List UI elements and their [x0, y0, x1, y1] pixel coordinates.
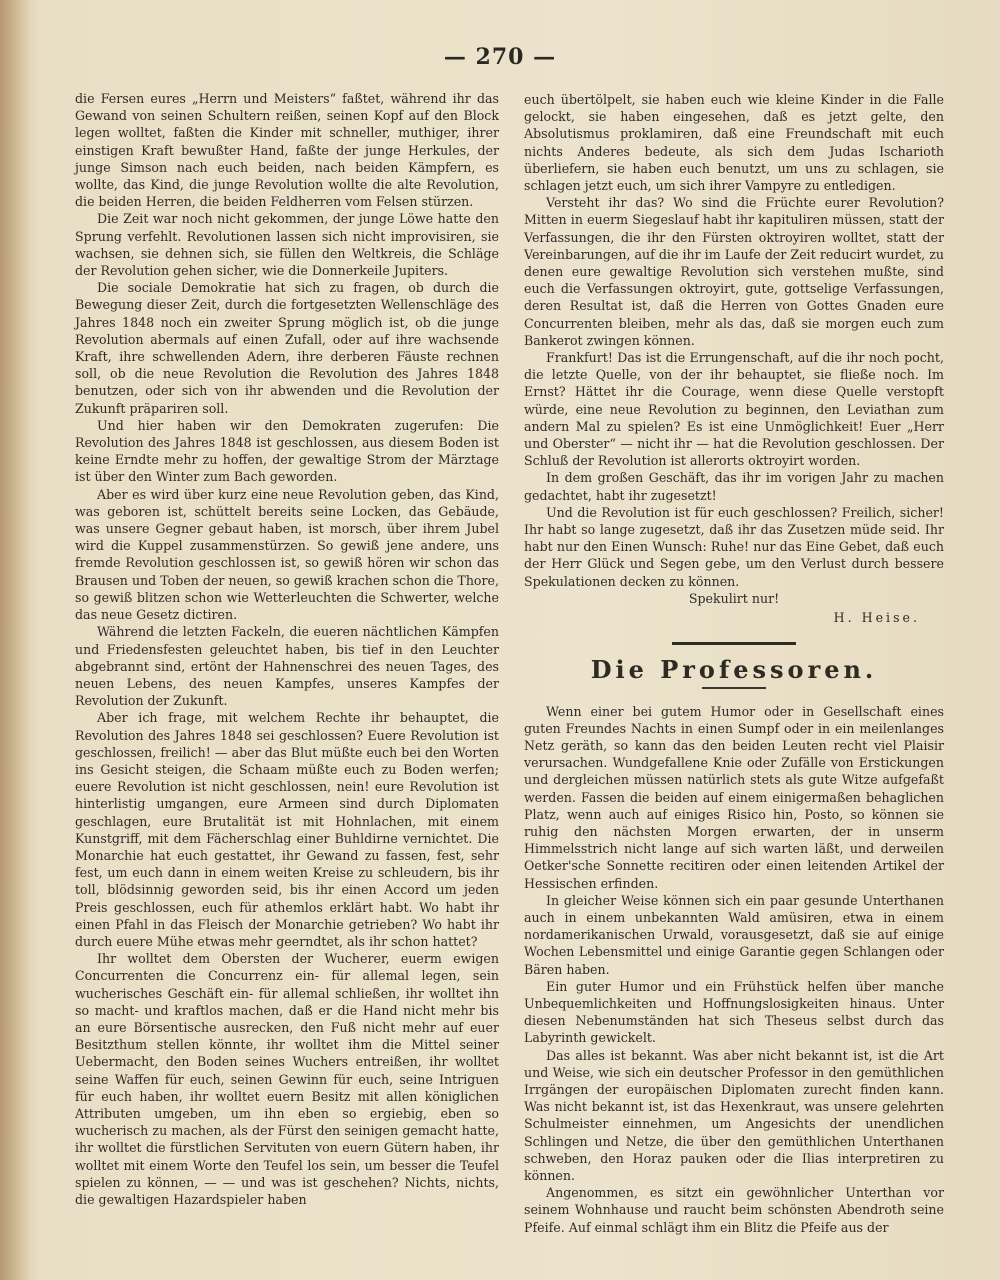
paragraph: Frankfurt! Das ist die Errungenschaft, a…	[524, 349, 944, 469]
paragraph: Das alles ist bekannt. Was aber nicht be…	[524, 1047, 944, 1185]
closing-line: Spekulirt nur!	[524, 590, 944, 607]
paragraph: In gleicher Weise können sich ein paar g…	[524, 892, 944, 978]
title-underline	[702, 687, 766, 689]
paragraph: Ihr wolltet dem Obersten der Wucherer, e…	[75, 950, 499, 1208]
paragraph: Wenn einer bei gutem Humor oder in Gesel…	[524, 703, 944, 892]
newspaper-page: — 270 — die Fersen eures „Herrn und Meis…	[0, 0, 1000, 1280]
paragraph: Angenommen, es sitzt ein gewöhnlicher Un…	[524, 1184, 944, 1236]
section-divider	[672, 642, 796, 645]
paragraph: Aber es wird über kurz eine neue Revolut…	[75, 486, 499, 624]
binding-gutter	[0, 0, 30, 1280]
paragraph: Versteht ihr das? Wo sind die Früchte eu…	[524, 194, 944, 349]
paragraph: In dem großen Geschäft, das ihr im vorig…	[524, 469, 944, 503]
paragraph: Und die Revolution ist für euch geschlos…	[524, 504, 944, 590]
paragraph: Ein guter Humor und ein Frühstück helfen…	[524, 978, 944, 1047]
right-column: euch übertölpelt, sie haben euch wie kle…	[524, 91, 944, 1236]
page-number: — 270 —	[0, 44, 1000, 70]
paragraph: Aber ich frage, mit welchem Rechte ihr b…	[75, 709, 499, 950]
section-title: Die Professoren.	[524, 661, 944, 678]
paragraph: euch übertölpelt, sie haben euch wie kle…	[524, 91, 944, 194]
paragraph: Und hier haben wir den Demokraten zugeru…	[75, 417, 499, 486]
left-column: die Fersen eures „Herrn und Meisters“ fa…	[75, 90, 499, 1208]
paragraph: Die sociale Demokratie hat sich zu frage…	[75, 279, 499, 417]
paragraph: Die Zeit war noch nicht gekommen, der ju…	[75, 210, 499, 279]
author-signature: H. Heise.	[524, 609, 944, 626]
paragraph: Während die letzten Fackeln, die eueren …	[75, 623, 499, 709]
paragraph: die Fersen eures „Herrn und Meisters“ fa…	[75, 90, 499, 210]
